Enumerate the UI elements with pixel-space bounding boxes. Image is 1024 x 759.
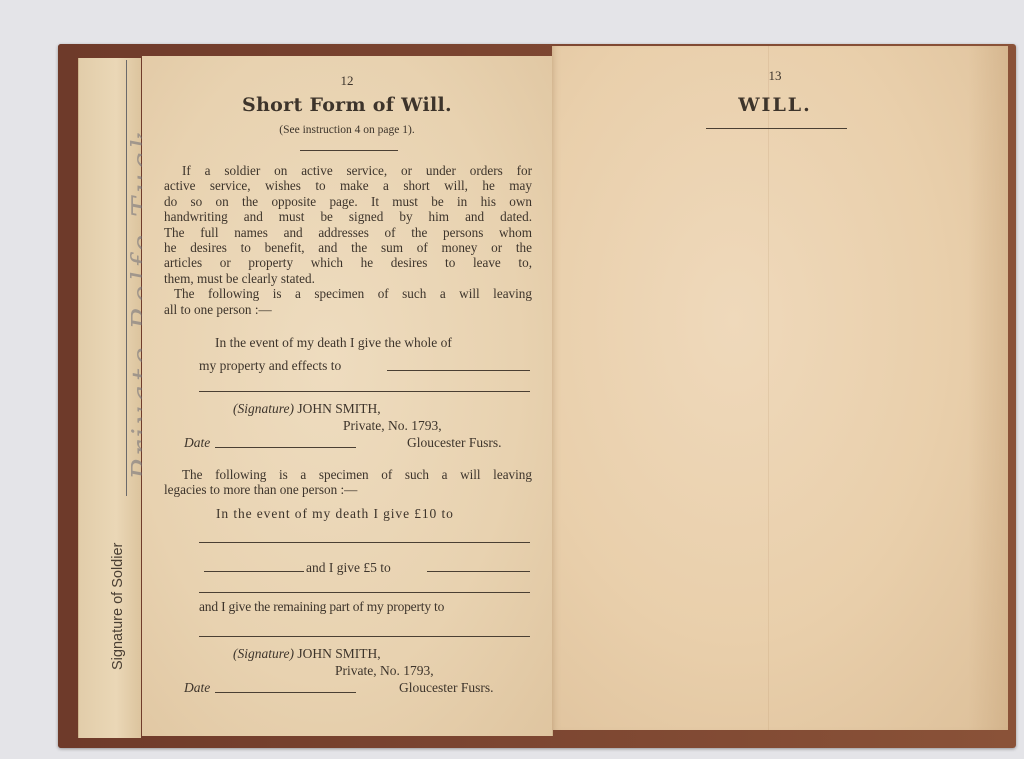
signature-name: JOHN SMITH, — [297, 401, 380, 416]
specimen2-regiment: Gloucester Fusrs. — [399, 680, 494, 696]
blank-line — [387, 370, 530, 371]
will-title: WILL. — [690, 94, 860, 116]
blank-line — [204, 571, 304, 572]
specimen2-intro: The following is a specimen of such a wi… — [164, 467, 532, 498]
intro-line: do so on the opposite page. It must be i… — [164, 194, 532, 209]
specimen-intro-line: all to one person :— — [164, 302, 532, 317]
blank-line — [199, 542, 530, 543]
specimen2-line1: In the event of my death I give £10 to — [216, 506, 454, 522]
blank-line — [199, 391, 530, 392]
intro-line: The full names and addresses of the pers… — [164, 225, 532, 240]
specimen2-date-label: Date — [184, 680, 210, 696]
blank-line — [199, 636, 530, 637]
blank-line — [427, 571, 530, 572]
page-title: Short Form of Will. — [142, 94, 552, 116]
title-underline — [706, 128, 847, 129]
signature-label: (Signature) — [233, 646, 294, 661]
intro-line: active service, wishes to make a short w… — [164, 178, 532, 193]
specimen1-signature: (Signature) JOHN SMITH, — [233, 401, 381, 417]
specimen-intro-line: The following is a specimen of such a wi… — [164, 467, 532, 482]
blank-line — [199, 592, 530, 593]
page-number-right: 13 — [690, 68, 860, 84]
specimen2-rank: Private, No. 1793, — [335, 663, 434, 679]
intro-line: articles or property which he desires to… — [164, 255, 532, 270]
signature-of-soldier-label: Signature of Soldier — [110, 543, 126, 670]
intro-line: handwriting and must be signed by him an… — [164, 209, 532, 224]
specimen1-date-label: Date — [184, 435, 210, 451]
right-page — [552, 46, 1008, 730]
date-line — [215, 692, 356, 693]
specimen2-signature: (Signature) JOHN SMITH, — [233, 646, 381, 662]
specimen-intro-line: legacies to more than one person :— — [164, 482, 532, 497]
page-number-left: 12 — [142, 73, 552, 89]
specimen-intro-line: The following is a specimen of such a wi… — [164, 286, 532, 301]
specimen2-line3: and I give the remaining part of my prop… — [199, 599, 444, 615]
page-fold — [768, 46, 769, 730]
signature-label: (Signature) — [233, 401, 294, 416]
specimen1-rank: Private, No. 1793, — [343, 418, 442, 434]
page-subtitle: (See instruction 4 on page 1). — [142, 124, 552, 136]
page-edge-shade — [968, 46, 1008, 730]
specimen1-regiment: Gloucester Fusrs. — [407, 435, 502, 451]
intro-line: them, must be clearly stated. — [164, 271, 532, 286]
intro-line: If a soldier on active service, or under… — [164, 163, 532, 178]
title-divider — [300, 150, 398, 151]
intro-line: he desires to benefit, and the sum of mo… — [164, 240, 532, 255]
specimen2-line2: and I give £5 to — [306, 560, 391, 576]
specimen1-line2: my property and effects to — [199, 358, 341, 374]
signature-name: JOHN SMITH, — [297, 646, 380, 661]
left-page — [142, 56, 553, 736]
date-line — [215, 447, 356, 448]
specimen1-line1: In the event of my death I give the whol… — [215, 335, 452, 351]
intro-paragraph: If a soldier on active service, or under… — [164, 163, 532, 317]
